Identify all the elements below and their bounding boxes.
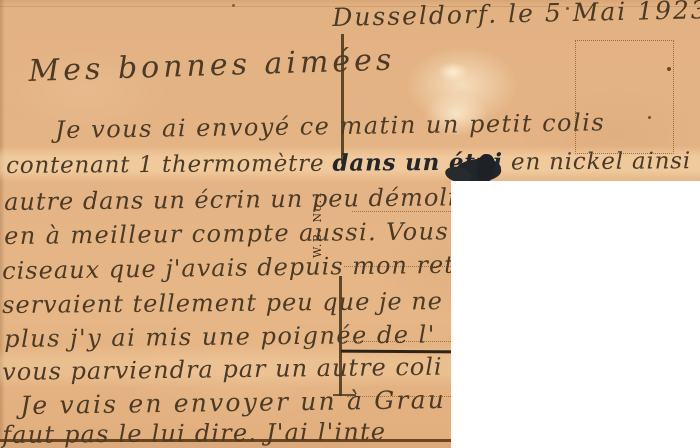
handwriting-line: faut pas le lui dire. J'ai l'inte	[2, 418, 386, 448]
handwriting-line: servaient tellement peu que je ne les	[2, 287, 489, 319]
handwriting-line: vous parviendra par un autre coli	[2, 353, 443, 386]
handwriting-line: en à meilleur compte aussi. Vous tr	[4, 217, 482, 250]
handwriting-line: Je vais en envoyer un à Grau	[20, 385, 446, 420]
scan-background	[451, 181, 700, 448]
handwriting-line: autre dans un écrin un peu démoli, c	[4, 183, 489, 216]
stamp-box-outline	[575, 40, 674, 154]
postcard-scan: { "postcard": { "dateline": "Dusseldorf.…	[0, 0, 700, 448]
handwriting-segment: en nickel ainsi qu'un	[503, 148, 700, 176]
paper-scuff-patch	[438, 62, 468, 82]
handwriting-line: plus j'y ai mis une poignée de l'	[4, 320, 436, 353]
paper-speck	[232, 4, 235, 7]
handwriting-line: contenant 1 thermomètre dans un étui en …	[6, 147, 700, 179]
handwriting-segment: contenant 1 thermomètre	[6, 151, 333, 179]
